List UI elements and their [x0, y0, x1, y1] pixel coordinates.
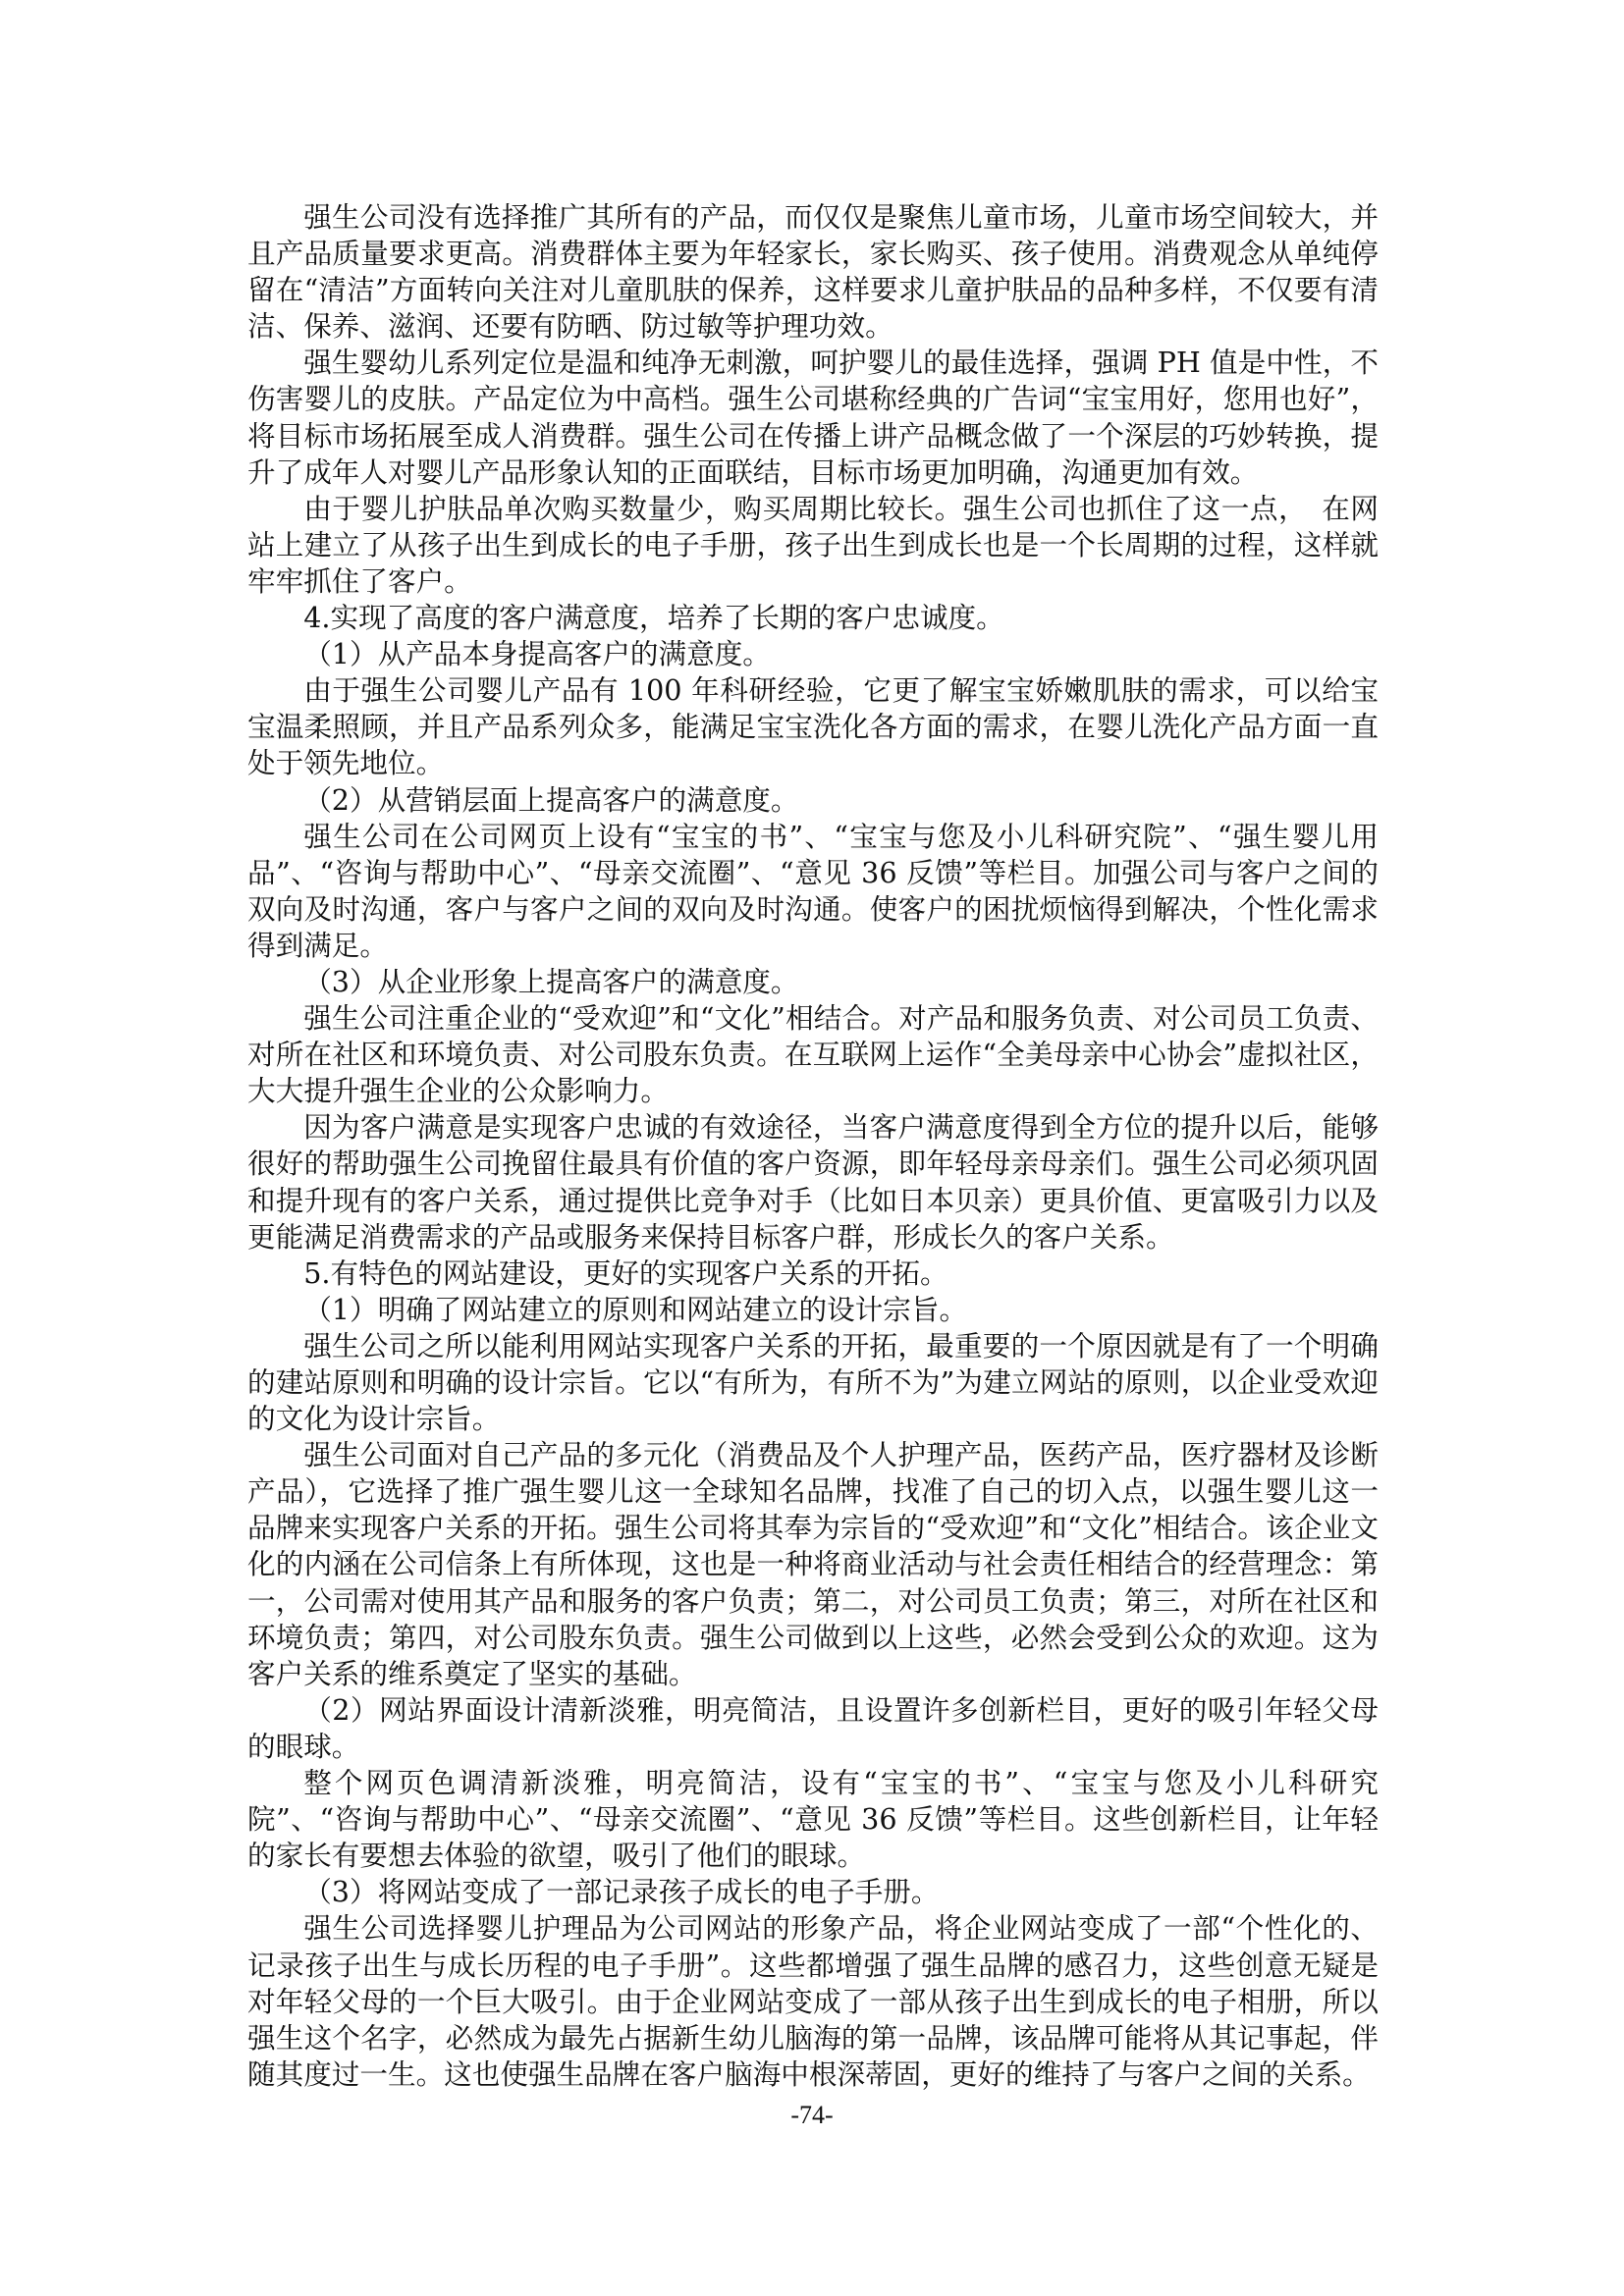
paragraph: 强生公司选择婴儿护理品为公司网站的形象产品，将企业网站变成了一部“个性化的、记录…: [247, 1910, 1379, 2092]
paragraph: 强生婴幼儿系列定位是温和纯净无刺激，呵护婴儿的最佳选择，强调 PH 值是中性，不…: [247, 345, 1379, 490]
page-number: -74-: [0, 2101, 1624, 2130]
section-heading: 4.实现了高度的客户满意度，培养了长期的客户忠诚度。: [247, 600, 1379, 636]
subsection-heading: （3）将网站变成了一部记录孩子成长的电子手册。: [247, 1874, 1379, 1910]
subsection-heading: （2）从营销层面上提高客户的满意度。: [247, 782, 1379, 819]
document-body: 强生公司没有选择推广其所有的产品，而仅仅是聚焦儿童市场，儿童市场空间较大，并且产…: [247, 199, 1379, 2093]
subsection-heading: （1）从产品本身提高客户的满意度。: [247, 636, 1379, 672]
paragraph: 强生公司在公司网页上设有“宝宝的书”、“宝宝与您及小儿科研究院”、“强生婴儿用品…: [247, 819, 1379, 964]
paragraph: 整个网页色调清新淡雅，明亮简洁，设有“宝宝的书”、“宝宝与您及小儿科研究院”、“…: [247, 1765, 1379, 1874]
paragraph: 由于强生公司婴儿产品有 100 年科研经验，它更了解宝宝娇嫩肌肤的需求，可以给宝…: [247, 672, 1379, 781]
paragraph: 因为客户满意是实现客户忠诚的有效途径，当客户满意度得到全方位的提升以后，能够很好…: [247, 1109, 1379, 1255]
subsection-heading: （3）从企业形象上提高客户的满意度。: [247, 964, 1379, 1000]
paragraph: 强生公司面对自己产品的多元化（消费品及个人护理产品，医药产品，医疗器材及诊断产品…: [247, 1437, 1379, 1692]
document-page: 强生公司没有选择推广其所有的产品，而仅仅是聚焦儿童市场，儿童市场空间较大，并且产…: [0, 0, 1624, 2296]
paragraph: 强生公司之所以能利用网站实现客户关系的开拓，最重要的一个原因就是有了一个明确的建…: [247, 1328, 1379, 1437]
subsection-heading: （1）明确了网站建立的原则和网站建立的设计宗旨。: [247, 1292, 1379, 1328]
paragraph: 强生公司注重企业的“受欢迎”和“文化”相结合。对产品和服务负责、对公司员工负责、…: [247, 1000, 1379, 1109]
paragraph: 强生公司没有选择推广其所有的产品，而仅仅是聚焦儿童市场，儿童市场空间较大，并且产…: [247, 199, 1379, 345]
paragraph: 由于婴儿护肤品单次购买数量少，购买周期比较长。强生公司也抓住了这一点， 在网站上…: [247, 491, 1379, 600]
subsection-heading: （2）网站界面设计清新淡雅，明亮简洁，且设置许多创新栏目，更好的吸引年轻父母的眼…: [247, 1692, 1379, 1765]
section-heading: 5.有特色的网站建设，更好的实现客户关系的开拓。: [247, 1255, 1379, 1292]
